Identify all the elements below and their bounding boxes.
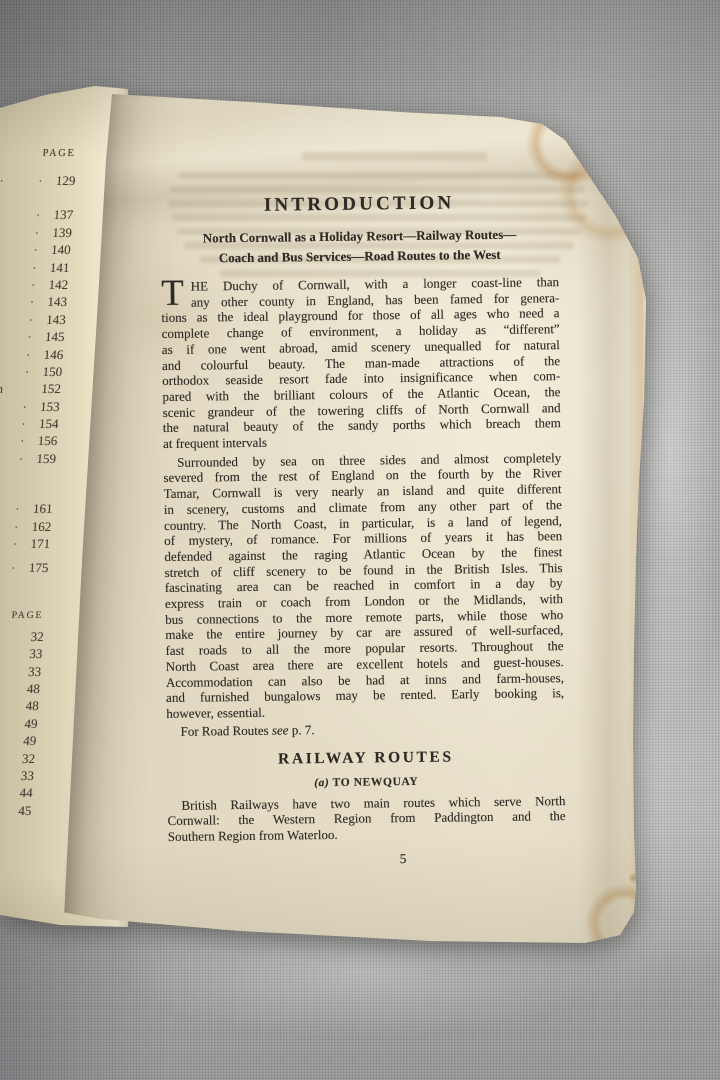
toc-entry: 48 — [0, 697, 39, 714]
toc-entry: ·143 — [0, 293, 68, 310]
toc-entry: 49 — [0, 715, 38, 732]
toc-entry: ·154 — [0, 415, 59, 432]
toc-page-number: 175 — [24, 559, 49, 576]
toc-gap — [0, 552, 50, 559]
toc-page-number: 143 — [41, 311, 66, 328]
toc-entry: ·142 — [0, 276, 69, 293]
paragraph-3: British Railways have two main routes wh… — [167, 793, 566, 845]
toc-entry: ·156 — [0, 432, 58, 449]
toc-entry: ·150 — [0, 363, 63, 380]
toc-leader-dot: · — [27, 329, 32, 346]
toc-entry: ·146 — [0, 346, 64, 363]
toc-page-number: 142 — [44, 276, 69, 293]
toc-page-number: 150 — [38, 363, 63, 380]
toc-page-number: 49 — [13, 715, 38, 732]
toc-entry: ·141 — [0, 259, 70, 276]
main-page: INTRODUCTION North Cornwall as a Holiday… — [50, 88, 700, 956]
subsection-heading-to-newquay: (a) TO NEWQUAY — [167, 773, 565, 792]
toc-gap — [0, 189, 75, 206]
toc-page-number: 152 — [36, 380, 61, 397]
toc-page-column-header: PAGE — [0, 607, 46, 628]
toc-leader-dot: · — [32, 260, 37, 277]
toc-gap — [0, 577, 48, 607]
toc-page-number: 129 — [51, 172, 76, 189]
toc-entry: 48 — [0, 680, 41, 697]
toc-page-number: 33 — [18, 645, 43, 662]
toc-page-number: 159 — [31, 450, 56, 467]
toc-entry: ·175 — [0, 559, 49, 576]
toc-leader-dot: · — [24, 364, 29, 381]
page-content: INTRODUCTION North Cornwall as a Holiday… — [160, 191, 566, 870]
toc-entry: ven152 — [0, 380, 62, 397]
toc-leader-dot: · — [11, 560, 16, 577]
page-title: INTRODUCTION — [160, 191, 558, 217]
toc-entry: 33 — [0, 767, 35, 784]
toc-leader-dot: · — [38, 173, 43, 190]
toc-page-number: 33 — [9, 767, 34, 784]
subsection-rest: TO NEWQUAY — [329, 776, 418, 789]
toc-entry: 49 — [0, 732, 37, 749]
toc-page-number: 139 — [47, 224, 72, 241]
toc-leader-dot: · — [33, 242, 38, 259]
toc-page-number: 162 — [27, 518, 52, 535]
toc-page-number: 146 — [39, 346, 64, 363]
toc-leader-dot: · — [31, 277, 36, 294]
toc-entry: ·159 — [0, 450, 57, 467]
paragraph-1: T HE Duchy of Cornwall, with a longer co… — [161, 274, 561, 452]
toc-leader-dot: · — [28, 312, 33, 329]
book: PAGE··129·137·139·140·141·142·143·143·14… — [0, 0, 720, 1080]
toc-page-number: 49 — [12, 732, 37, 749]
toc-leader-dot: · — [26, 347, 31, 364]
toc-page-number: 143 — [42, 293, 67, 310]
toc-leader-dot: · — [14, 519, 19, 536]
toc-entry: 44 — [0, 784, 33, 801]
toc-leader-dot: · — [21, 416, 26, 433]
toc-entry: ·161 — [0, 500, 53, 517]
dropcap-letter: T — [161, 280, 184, 310]
note-pre: For Road Routes — [180, 722, 272, 738]
toc-leader-dot: · — [29, 294, 34, 311]
toc-leader-dot: · — [15, 501, 20, 518]
paragraph-2: Surrounded by sea on three sides and alm… — [163, 450, 564, 722]
toc-entry: ·153 — [0, 398, 60, 415]
toc-page-number: 154 — [34, 415, 59, 432]
toc-leader-dot: · — [12, 536, 17, 553]
chapter-subtitle: North Cornwall as a Holiday Resort—Railw… — [160, 224, 558, 268]
toc-gap — [0, 467, 55, 500]
toc-entry: 32 — [0, 750, 36, 767]
section-heading-railway-routes: RAILWAY ROUTES — [167, 747, 565, 770]
toc-page-number: 33 — [17, 663, 42, 680]
toc-entry: 33 — [0, 645, 43, 662]
toc-page-number: 171 — [26, 535, 51, 552]
toc-page-number: 48 — [14, 697, 39, 714]
toc-page-number: 32 — [11, 750, 36, 767]
toc-page-number: 32 — [19, 628, 44, 645]
toc-entry: ·162 — [0, 518, 52, 535]
toc-page-number: 153 — [35, 398, 60, 415]
photo-background: PAGE··129·137·139·140·141·142·143·143·14… — [0, 0, 720, 1080]
toc-page-number: 137 — [48, 206, 73, 223]
toc-leader-dot: · — [35, 207, 40, 224]
note-post: p. 7. — [288, 722, 314, 737]
toc-entry: ·171 — [0, 535, 51, 552]
toc-page-number: 44 — [8, 784, 33, 801]
toc-column: PAGE··129·137·139·140·141·142·143·143·14… — [0, 145, 78, 819]
toc-leader-dot: · — [22, 399, 27, 416]
toc-page-number: 145 — [40, 328, 65, 345]
toc-page-number: 161 — [28, 500, 53, 517]
note-see-italic: see — [272, 722, 289, 737]
toc-entry: ·145 — [0, 328, 65, 345]
subtitle-line-2: Coach and Bus Services—Road Routes to th… — [161, 244, 559, 268]
subsection-letter-italic: (a) — [314, 777, 329, 789]
toc-entry: ··129 — [0, 172, 76, 189]
toc-page-number: 45 — [7, 802, 32, 819]
toc-page-number: 156 — [33, 432, 58, 449]
toc-page-number: 48 — [15, 680, 40, 697]
toc-page-column-header: PAGE — [0, 145, 78, 167]
toc-leader-dot: · — [20, 433, 25, 450]
toc-entry: ·137 — [0, 206, 74, 223]
toc-entry: 45 — [0, 802, 32, 819]
toc-entry: ·143 — [0, 311, 66, 328]
toc-page-number: 141 — [45, 259, 70, 276]
toc-leader-dot: · — [34, 225, 39, 242]
toc-page-number: 140 — [46, 241, 71, 258]
road-routes-note: For Road Routes see p. 7. — [166, 719, 564, 740]
toc-entry-fragment: · — [0, 173, 4, 190]
toc-leader-dot: · — [18, 451, 23, 468]
toc-entry: 32 — [0, 628, 44, 645]
toc-entry-fragment: ven — [0, 381, 4, 398]
toc-entry: 33 — [0, 663, 42, 680]
toc-entry: ·140 — [0, 241, 71, 258]
toc-entry: ·139 — [0, 224, 72, 241]
